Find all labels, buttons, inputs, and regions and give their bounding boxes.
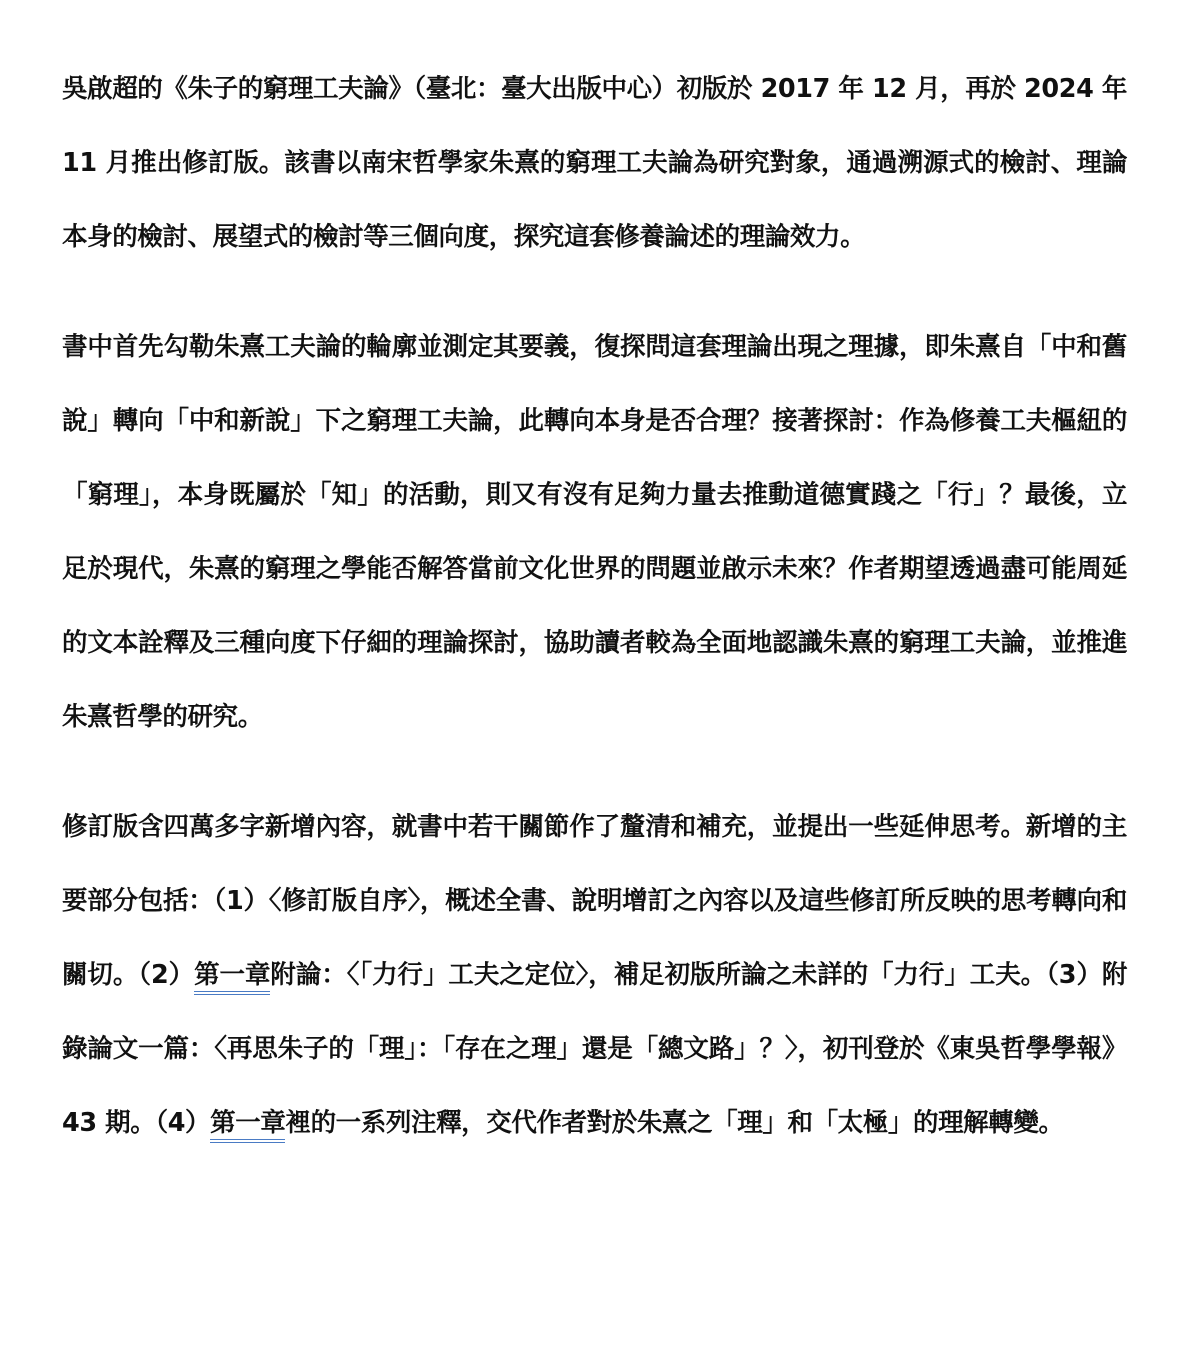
paragraph-revision-notes: 修訂版含四萬多字新增內容，就書中若干關節作了釐清和補充，並提出一些延伸思考。新增… [62,790,1127,1160]
paragraph-text: 書中首先勾勒朱熹工夫論的輪廓並測定其要義，復探問這套理論出現之理據，即朱熹自「中… [62,332,1127,732]
paragraph-text: 吳啟超的《朱子的窮理工夫論》（臺北：臺大出版中心）初版於 2017 年 12 月… [62,74,1127,252]
paragraph-text: 裡的一系列注釋，交代作者對於朱熹之「理」和「太極」的理解轉變。 [285,1108,1063,1138]
grammar-flagged-term[interactable]: 第一章 [194,960,270,995]
paragraph-content-summary: 書中首先勾勒朱熹工夫論的輪廓並測定其要義，復探問這套理論出現之理據，即朱熹自「中… [62,310,1127,754]
grammar-flagged-term[interactable]: 第一章 [210,1108,285,1143]
document-body: 吳啟超的《朱子的窮理工夫論》（臺北：臺大出版中心）初版於 2017 年 12 月… [62,52,1127,1160]
paragraph-intro: 吳啟超的《朱子的窮理工夫論》（臺北：臺大出版中心）初版於 2017 年 12 月… [62,52,1127,274]
